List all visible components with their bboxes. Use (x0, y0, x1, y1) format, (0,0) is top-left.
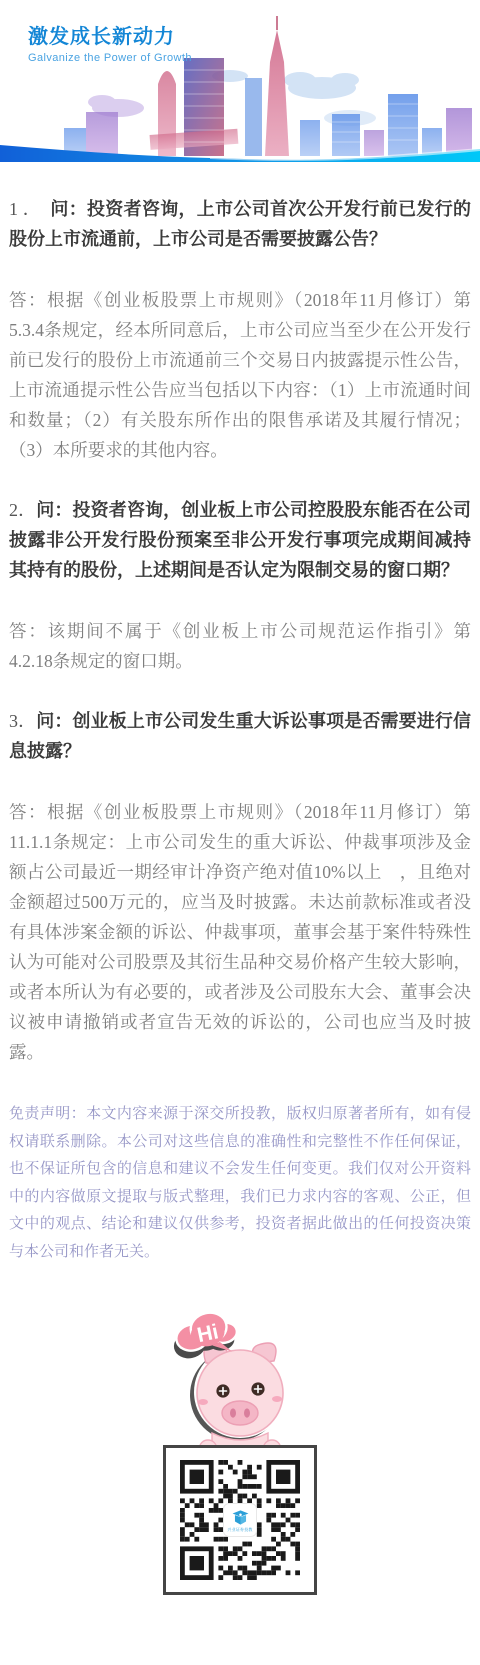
pig-mascot: Hi (170, 1307, 310, 1457)
qr-logo-caption: 兴业证券投教 (227, 1527, 252, 1532)
bottom-whitespace (0, 1595, 480, 1665)
question-heading: 2．问：投资者咨询，创业板上市公司控股股东能否在公司披露非公开发行股份预案至非公… (9, 495, 471, 585)
banner-title: 激发成长新动力 (28, 20, 192, 49)
pig-mascot-icon: Hi (170, 1307, 310, 1457)
question-text: 问：创业板上市公司发生重大诉讼事项是否需要进行信息披露？ (9, 711, 471, 761)
qa-item-1: 1 ． 问：投资者咨询，上市公司首次公开发行前已发行的股份上市流通前，上市公司是… (9, 194, 471, 465)
article-body: 1 ． 问：投资者咨询，上市公司首次公开发行前已发行的股份上市流通前，上市公司是… (0, 194, 480, 1265)
qr-code[interactable]: 兴业证券投教 (163, 1445, 317, 1595)
question-number: 2． (9, 500, 36, 520)
disclaimer-text: 免责声明：本文内容来源于深交所投教，版权归原著者所有，如有侵权请联系删除。本公司… (9, 1100, 471, 1265)
question-text: 问：投资者咨询，上市公司首次公开发行前已发行的股份上市流通前，上市公司是否需要披… (9, 199, 471, 249)
qr-center-logo: 兴业证券投教 (224, 1504, 256, 1536)
question-number: 3． (9, 711, 36, 731)
qa-item-2: 2．问：投资者咨询，创业板上市公司控股股东能否在公司披露非公开发行股份预案至非公… (9, 495, 471, 676)
banner-subtitle: Galvanize the Power of Growth (28, 52, 192, 64)
answer-paragraph: 答：根据《创业板股票上市规则》（2018年11月修订）第11.1.1条规定：上市… (9, 797, 471, 1067)
question-heading: 3．问：创业板上市公司发生重大诉讼事项是否需要进行信息披露？ (9, 706, 471, 766)
answer-paragraph: 答：该期间不属于《创业板上市公司规范运作指引》第4.2.18条规定的窗口期。 (9, 616, 471, 676)
qa-item-3: 3．问：创业板上市公司发生重大诉讼事项是否需要进行信息披露？ 答：根据《创业板股… (9, 706, 471, 1067)
question-heading: 1 ． 问：投资者咨询，上市公司首次公开发行前已发行的股份上市流通前，上市公司是… (9, 194, 471, 254)
qr-logo-icon (231, 1508, 250, 1527)
question-number: 1 ． (9, 199, 50, 219)
answer-paragraph: 答：根据《创业板股票上市规则》（2018年11月修订）第5.3.4条规定，经本所… (9, 285, 471, 465)
article-page: 激发成长新动力 Galvanize the Power of Growth 1 … (0, 0, 480, 1665)
header-banner: 激发成长新动力 Galvanize the Power of Growth (0, 0, 480, 164)
question-text: 问：投资者咨询，创业板上市公司控股股东能否在公司披露非公开发行股份预案至非公开发… (9, 500, 471, 580)
